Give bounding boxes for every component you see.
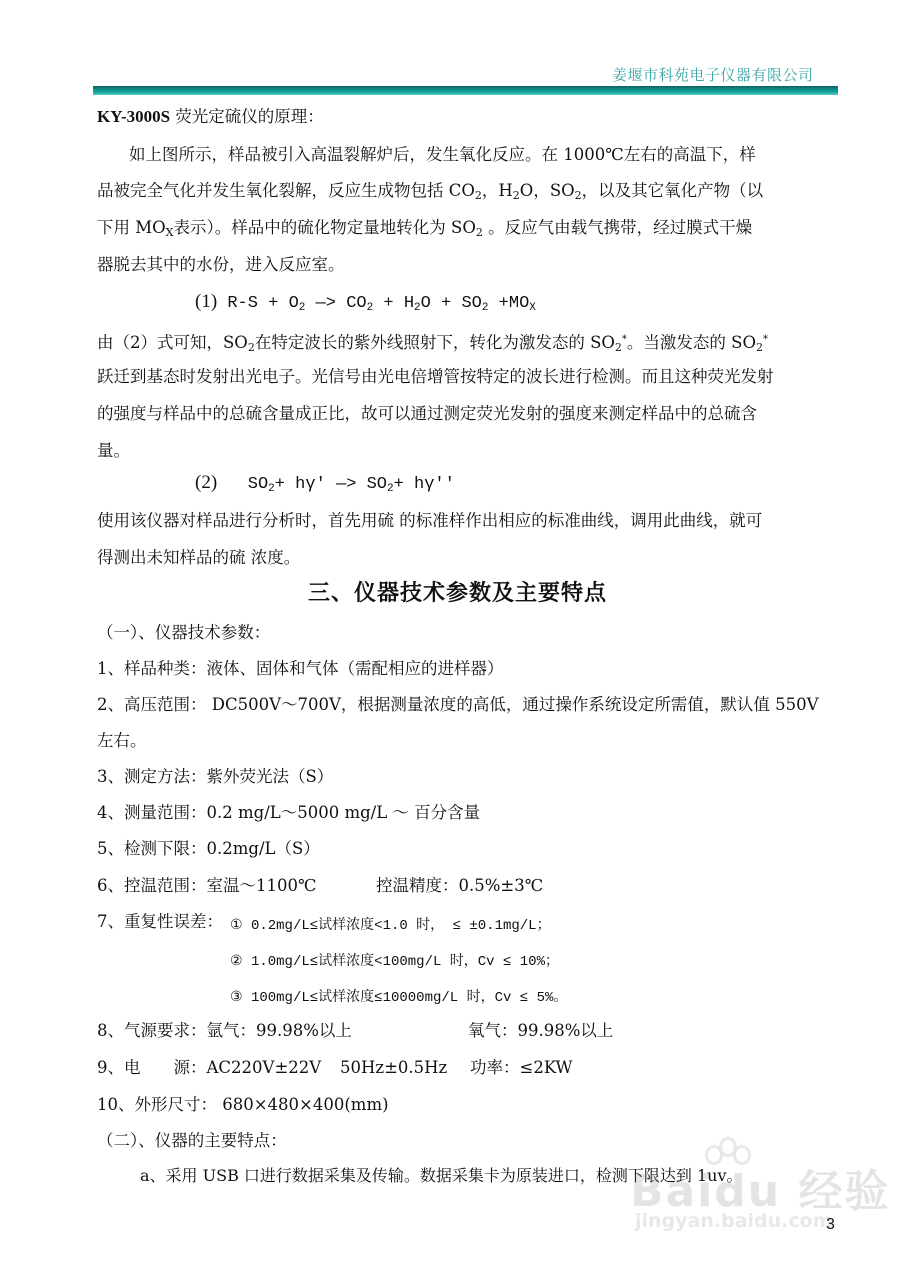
param-2-cont: 左右。 — [97, 731, 147, 751]
paw-icon — [705, 1137, 745, 1167]
para1-line4: 器脱去其中的水份，进入反应室。 — [97, 255, 345, 275]
principle-title-text: 荧光定硫仪的原理： — [170, 107, 324, 126]
param-2: 2、高压范围： DC500V～700V，根据测量浓度的高低，通过操作系统设定所需… — [97, 695, 819, 715]
feature-a: a、采用 USB 口进行数据采集及传输。数据采集卡为原装进口，检测下限达到 1u… — [140, 1166, 743, 1186]
model-name: KY-3000S — [97, 107, 170, 126]
para1-line3: 下用 MOX表示）。样品中的硫化物定量地转化为 SO2 。反应气由载气携带，经过… — [97, 218, 752, 243]
param-4: 4、测量范围：0.2 mg/L～5000 mg/L ～ 百分含量 — [97, 803, 480, 823]
header-rule — [93, 86, 838, 95]
page-number: 3 — [826, 1216, 835, 1234]
para3-line1: 使用该仪器对样品进行分析时，首先用硫 的标准样作出相应的标准曲线，调用此曲线，就… — [97, 511, 762, 531]
param-7-item-2: ② 1.0mg/L≤试样浓度<100mg/L 时，Cv ≤ 10%； — [230, 950, 559, 970]
param-7-item-1: ① 0.2mg/L≤试样浓度<1.0 时， ≤ ±0.1mg/L； — [230, 914, 551, 934]
company-header: 姜堰市科苑电子仪器有限公司 — [612, 64, 814, 85]
param-7-item-3: ③ 100mg/L≤试样浓度≤10000mg/L 时，Cv ≤ 5%。 — [230, 986, 567, 1006]
param-1: 1、样品种类：液体、固体和气体（需配相应的进样器） — [97, 659, 504, 679]
param-5: 5、检测下限：0.2mg/L（S） — [97, 839, 320, 859]
para1-line1: 如上图所示，样品被引入高温裂解炉后，发生氧化反应。在 1000℃左右的高温下，样 — [129, 145, 756, 165]
para2-line2: 跃迁到基态时发射出光电子。光信号由光电倍增管按特定的波长进行检测。而且这种荧光发… — [97, 367, 774, 387]
principle-title: KY-3000S 荧光定硫仪的原理： — [97, 107, 324, 127]
equation-2: (2) SO2+ hγ' —> SO2+ hγ'' — [195, 472, 455, 495]
subsection-features-title: （二）、仪器的主要特点： — [97, 1131, 287, 1151]
param-8-oxygen: 氧气：99.98%以上 — [468, 1021, 613, 1041]
subsection-params-title: （一）、仪器技术参数： — [97, 623, 270, 643]
param-7-label: 7、重复性误差： — [97, 912, 223, 932]
section-title: 三、仪器技术参数及主要特点 — [308, 576, 607, 607]
para3-line2: 得测出未知样品的硫 浓度。 — [97, 548, 300, 568]
para1-line2: 品被完全气化并发生氧化裂解，反应生成物包括 CO2，H2O，SO2，以及其它氧化… — [97, 181, 763, 206]
equation-1: (1) R-S + O2 —> CO2 + H2O + SO2 +MOX — [195, 291, 536, 314]
param-9-power: 功率：≤2KW — [470, 1058, 573, 1078]
para2-line4: 量。 — [97, 441, 130, 461]
param-6: 6、控温范围：室温～1100℃ — [97, 876, 316, 896]
param-9-voltage: 9、电 源：AC220V±22V — [97, 1058, 321, 1078]
param-10: 10、外形尺寸： 680×480×400(mm) — [97, 1095, 389, 1115]
param-3: 3、测定方法：紫外荧光法（S） — [97, 767, 333, 787]
para2-line1: 由（2）式可知，SO2在特定波长的紫外线照射下，转化为激发态的 SO2*。当激发… — [97, 330, 768, 358]
para2-line3: 的强度与样品中的总硫含量成正比，故可以通过测定荧光发射的强度来测定样品中的总硫含 — [97, 404, 757, 424]
param-8-argon: 8、气源要求：氩气：99.98%以上 — [97, 1021, 352, 1041]
param-9-frequency: 50Hz±0.5Hz — [340, 1058, 447, 1078]
param-6-precision: 控温精度：0.5%±3℃ — [376, 876, 543, 896]
